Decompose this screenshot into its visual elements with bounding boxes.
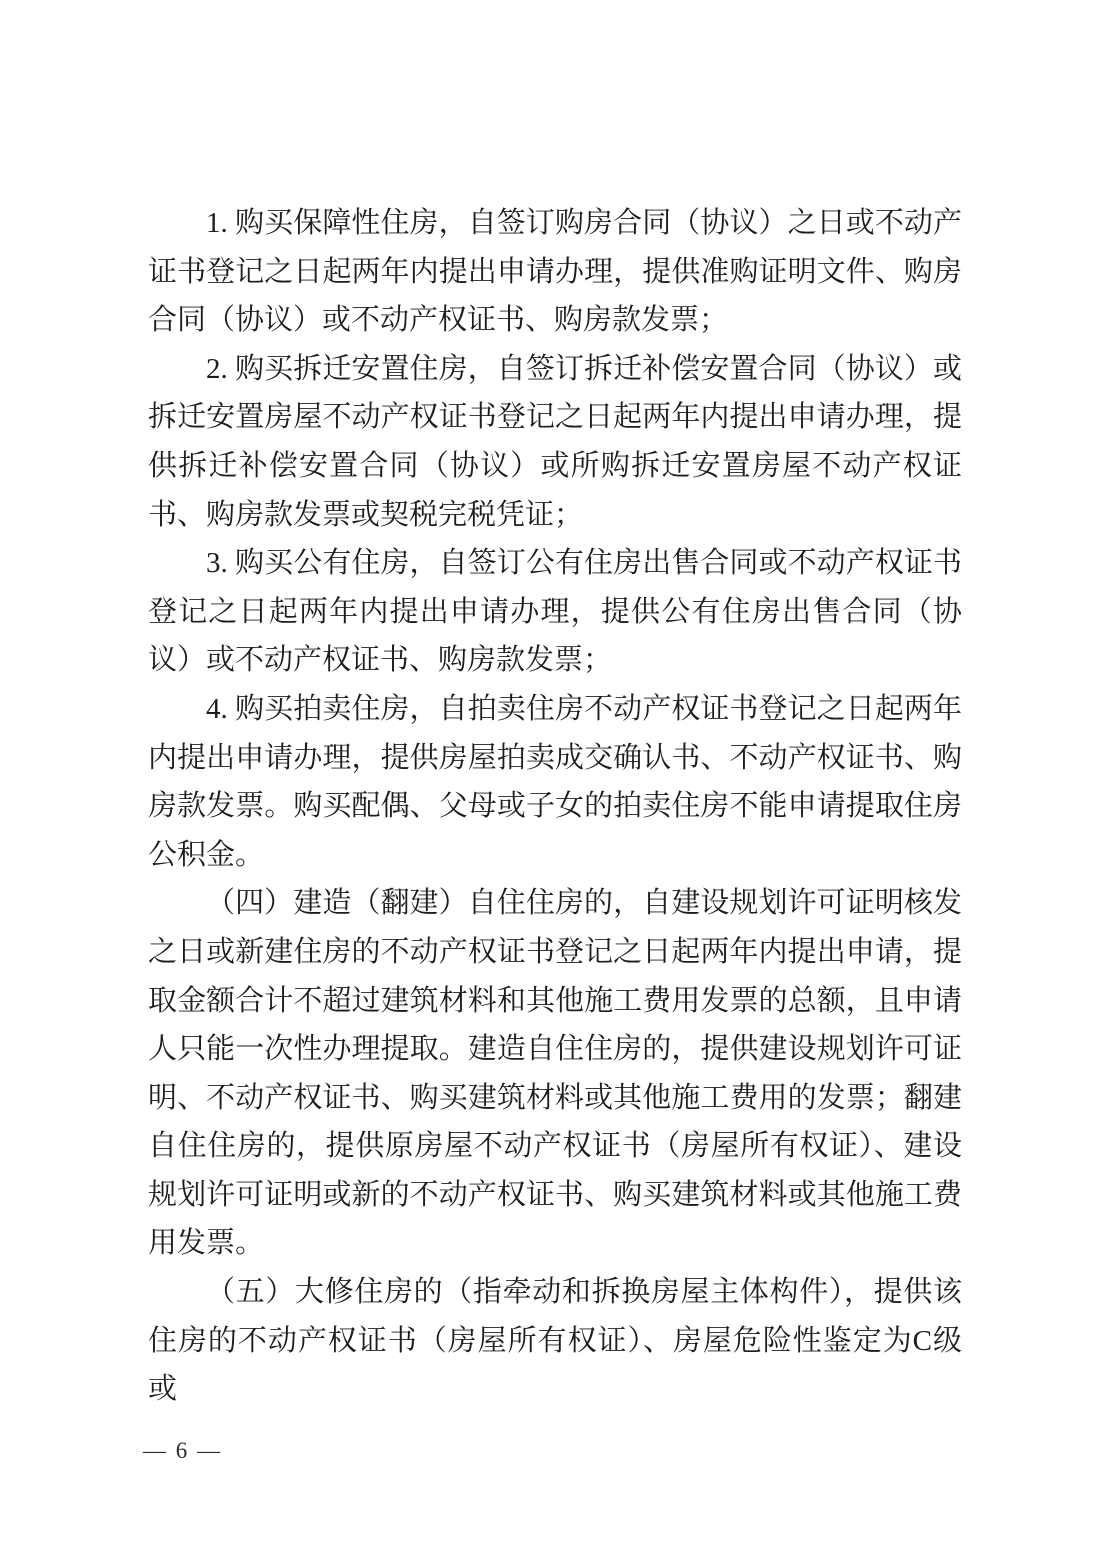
paragraph-item-6: （五）大修住房的（指牵动和拆换房屋主体构件），提供该住房的不动产权证书（房屋所有… [148, 1268, 962, 1414]
paragraph-item-1: 1. 购买保障性住房，自签订购房合同（协议）之日或不动产证书登记之日起两年内提出… [148, 199, 962, 345]
document-page: 1. 购买保障性住房，自签订购房合同（协议）之日或不动产证书登记之日起两年内提出… [0, 0, 1102, 1559]
paragraph-item-2: 2. 购买拆迁安置住房，自签订拆迁补偿安置合同（协议）或拆迁安置房屋不动产权证书… [148, 345, 962, 539]
page-number: — 6 — [143, 1436, 222, 1466]
document-body: 1. 购买保障性住房，自签订购房合同（协议）之日或不动产证书登记之日起两年内提出… [148, 199, 962, 1414]
paragraph-item-4: 4. 购买拍卖住房，自拍卖住房不动产权证书登记之日起两年内提出申请办理，提供房屋… [148, 685, 962, 879]
paragraph-item-5: （四）建造（翻建）自住住房的，自建设规划许可证明核发之日或新建住房的不动产权证书… [148, 879, 962, 1268]
paragraph-item-3: 3. 购买公有住房，自签订公有住房出售合同或不动产权证书登记之日起两年内提出申请… [148, 539, 962, 685]
